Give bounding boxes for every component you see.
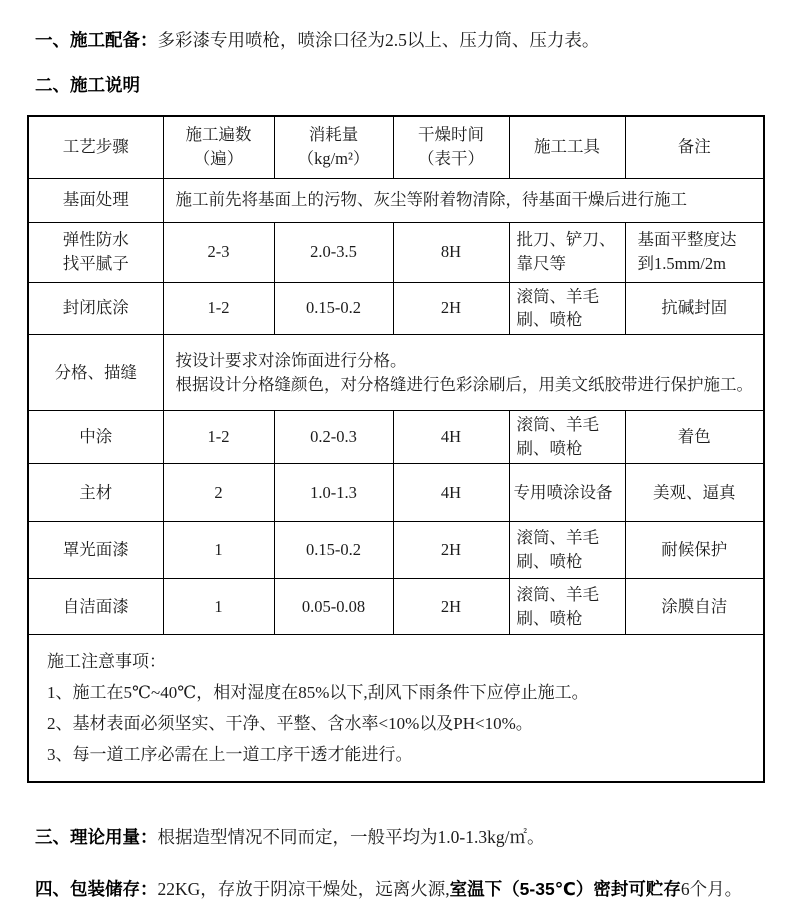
cell-times: 1-2 [163, 411, 274, 464]
cell-tools: 滚筒、羊毛刷、喷枪 [509, 411, 625, 464]
section1-label: 一、施工配备： [35, 28, 158, 53]
cell-step: 罩光面漆 [28, 522, 163, 579]
section-construction-instructions-heading: 二、施工说明 [35, 73, 770, 98]
section3-label: 三、理论用量： [35, 825, 158, 850]
cell-tools: 批刀、铲刀、靠尺等 [509, 222, 625, 282]
cell-note: 基面平整度达 到1.5mm/2m [625, 222, 764, 282]
cell-span-description: 施工前先将基面上的污物、灰尘等附着物清除，待基面干燥后进行施工 [163, 178, 764, 222]
table-row-grid-joints: 分格、描缝 按设计要求对涂饰面进行分格。 根据设计分格缝颜色，对分格缝进行色彩涂… [28, 335, 764, 411]
cell-dry-time: 4H [393, 464, 509, 522]
cell-note: 抗碱封固 [625, 282, 764, 335]
cell-consumption: 0.15-0.2 [274, 522, 393, 579]
header-drying-time: 干燥时间 （表干） [393, 116, 509, 178]
cell-step: 基面处理 [28, 178, 163, 222]
table-row-precautions: 施工注意事项： 1、施工在5℃~40℃，相对湿度在85%以下,刮风下雨条件下应停… [28, 635, 764, 782]
cell-tools: 专用喷涂设备 [509, 464, 625, 522]
cell-tools: 滚筒、羊毛刷、喷枪 [509, 522, 625, 579]
cell-note: 着色 [625, 411, 764, 464]
cell-span-description: 按设计要求对涂饰面进行分格。 根据设计分格缝颜色，对分格缝进行色彩涂刷后，用美文… [163, 335, 764, 411]
section-theoretical-usage: 三、理论用量： 根据造型情况不同而定，一般平均为1.0-1.3kg/㎡。 [35, 825, 770, 850]
cell-note: 耐候保护 [625, 522, 764, 579]
cell-step: 弹性防水 找平腻子 [28, 222, 163, 282]
construction-spec-table: 工艺步骤 施工遍数 （遍） 消耗量 （kg/m²） 干燥时间 （表干） 施工工具… [27, 115, 765, 783]
table-row-gloss-topcoat: 罩光面漆 1 0.15-0.2 2H 滚筒、羊毛刷、喷枪 耐候保护 [28, 522, 764, 579]
cell-note: 美观、逼真 [625, 464, 764, 522]
section-construction-equipment: 一、施工配备： 多彩漆专用喷枪，喷涂口径为2.5以上、压力筒、压力表。 [35, 28, 770, 53]
cell-dry-time: 4H [393, 411, 509, 464]
table-header-row: 工艺步骤 施工遍数 （遍） 消耗量 （kg/m²） 干燥时间 （表干） 施工工具… [28, 116, 764, 178]
cell-times: 1 [163, 579, 274, 635]
cell-precautions: 施工注意事项： 1、施工在5℃~40℃，相对湿度在85%以下,刮风下雨条件下应停… [28, 635, 764, 782]
table-row-elastic-putty: 弹性防水 找平腻子 2-3 2.0-3.5 8H 批刀、铲刀、靠尺等 基面平整度… [28, 222, 764, 282]
cell-times: 1-2 [163, 282, 274, 335]
header-passes: 施工遍数 （遍） [163, 116, 274, 178]
cell-times: 1 [163, 522, 274, 579]
header-process-step: 工艺步骤 [28, 116, 163, 178]
section3-text: 根据造型情况不同而定，一般平均为1.0-1.3kg/㎡。 [158, 825, 545, 850]
header-tools: 施工工具 [509, 116, 625, 178]
cell-times: 2-3 [163, 222, 274, 282]
section1-text: 多彩漆专用喷枪，喷涂口径为2.5以上、压力筒、压力表。 [158, 28, 600, 53]
cell-step: 主材 [28, 464, 163, 522]
cell-tools: 滚筒、羊毛刷、喷枪 [509, 282, 625, 335]
cell-dry-time: 2H [393, 282, 509, 335]
cell-step: 中涂 [28, 411, 163, 464]
table-row-self-cleaning-topcoat: 自洁面漆 1 0.05-0.08 2H 滚筒、羊毛刷、喷枪 涂膜自洁 [28, 579, 764, 635]
table-row-middle-coat: 中涂 1-2 0.2-0.3 4H 滚筒、羊毛刷、喷枪 着色 [28, 411, 764, 464]
cell-consumption: 0.2-0.3 [274, 411, 393, 464]
header-consumption: 消耗量 （kg/m²） [274, 116, 393, 178]
cell-dry-time: 2H [393, 579, 509, 635]
section4-text-bold: 室温下（5-35℃）密封可贮存 [450, 879, 681, 899]
cell-dry-time: 2H [393, 522, 509, 579]
cell-step: 分格、描缝 [28, 335, 163, 411]
cell-dry-time: 8H [393, 222, 509, 282]
section4-text-part1: 22KG，存放于阴凉干燥处，远离火源, [158, 879, 450, 899]
section-packaging-storage: 四、包装储存： 22KG，存放于阴凉干燥处，远离火源,室温下（5-35℃）密封可… [35, 877, 770, 900]
cell-note: 涂膜自洁 [625, 579, 764, 635]
cell-consumption: 1.0-1.3 [274, 464, 393, 522]
table-row-base-treatment: 基面处理 施工前先将基面上的污物、灰尘等附着物清除，待基面干燥后进行施工 [28, 178, 764, 222]
cell-consumption: 2.0-3.5 [274, 222, 393, 282]
header-remarks: 备注 [625, 116, 764, 178]
cell-consumption: 0.05-0.08 [274, 579, 393, 635]
table-row-main-material: 主材 2 1.0-1.3 4H 专用喷涂设备 美观、逼真 [28, 464, 764, 522]
section2-label: 二、施工说明 [35, 75, 140, 95]
cell-consumption: 0.15-0.2 [274, 282, 393, 335]
section4-label: 四、包装储存： [35, 877, 158, 900]
document-page: 一、施工配备： 多彩漆专用喷枪，喷涂口径为2.5以上、压力筒、压力表。 二、施工… [0, 0, 800, 900]
table-row-sealing-primer: 封闭底涂 1-2 0.15-0.2 2H 滚筒、羊毛刷、喷枪 抗碱封固 [28, 282, 764, 335]
section4-text: 22KG，存放于阴凉干燥处，远离火源,室温下（5-35℃）密封可贮存6个月。 [158, 877, 743, 900]
cell-step: 封闭底涂 [28, 282, 163, 335]
cell-tools: 滚筒、羊毛刷、喷枪 [509, 579, 625, 635]
cell-times: 2 [163, 464, 274, 522]
section4-text-part3: 6个月。 [681, 879, 742, 899]
cell-step: 自洁面漆 [28, 579, 163, 635]
